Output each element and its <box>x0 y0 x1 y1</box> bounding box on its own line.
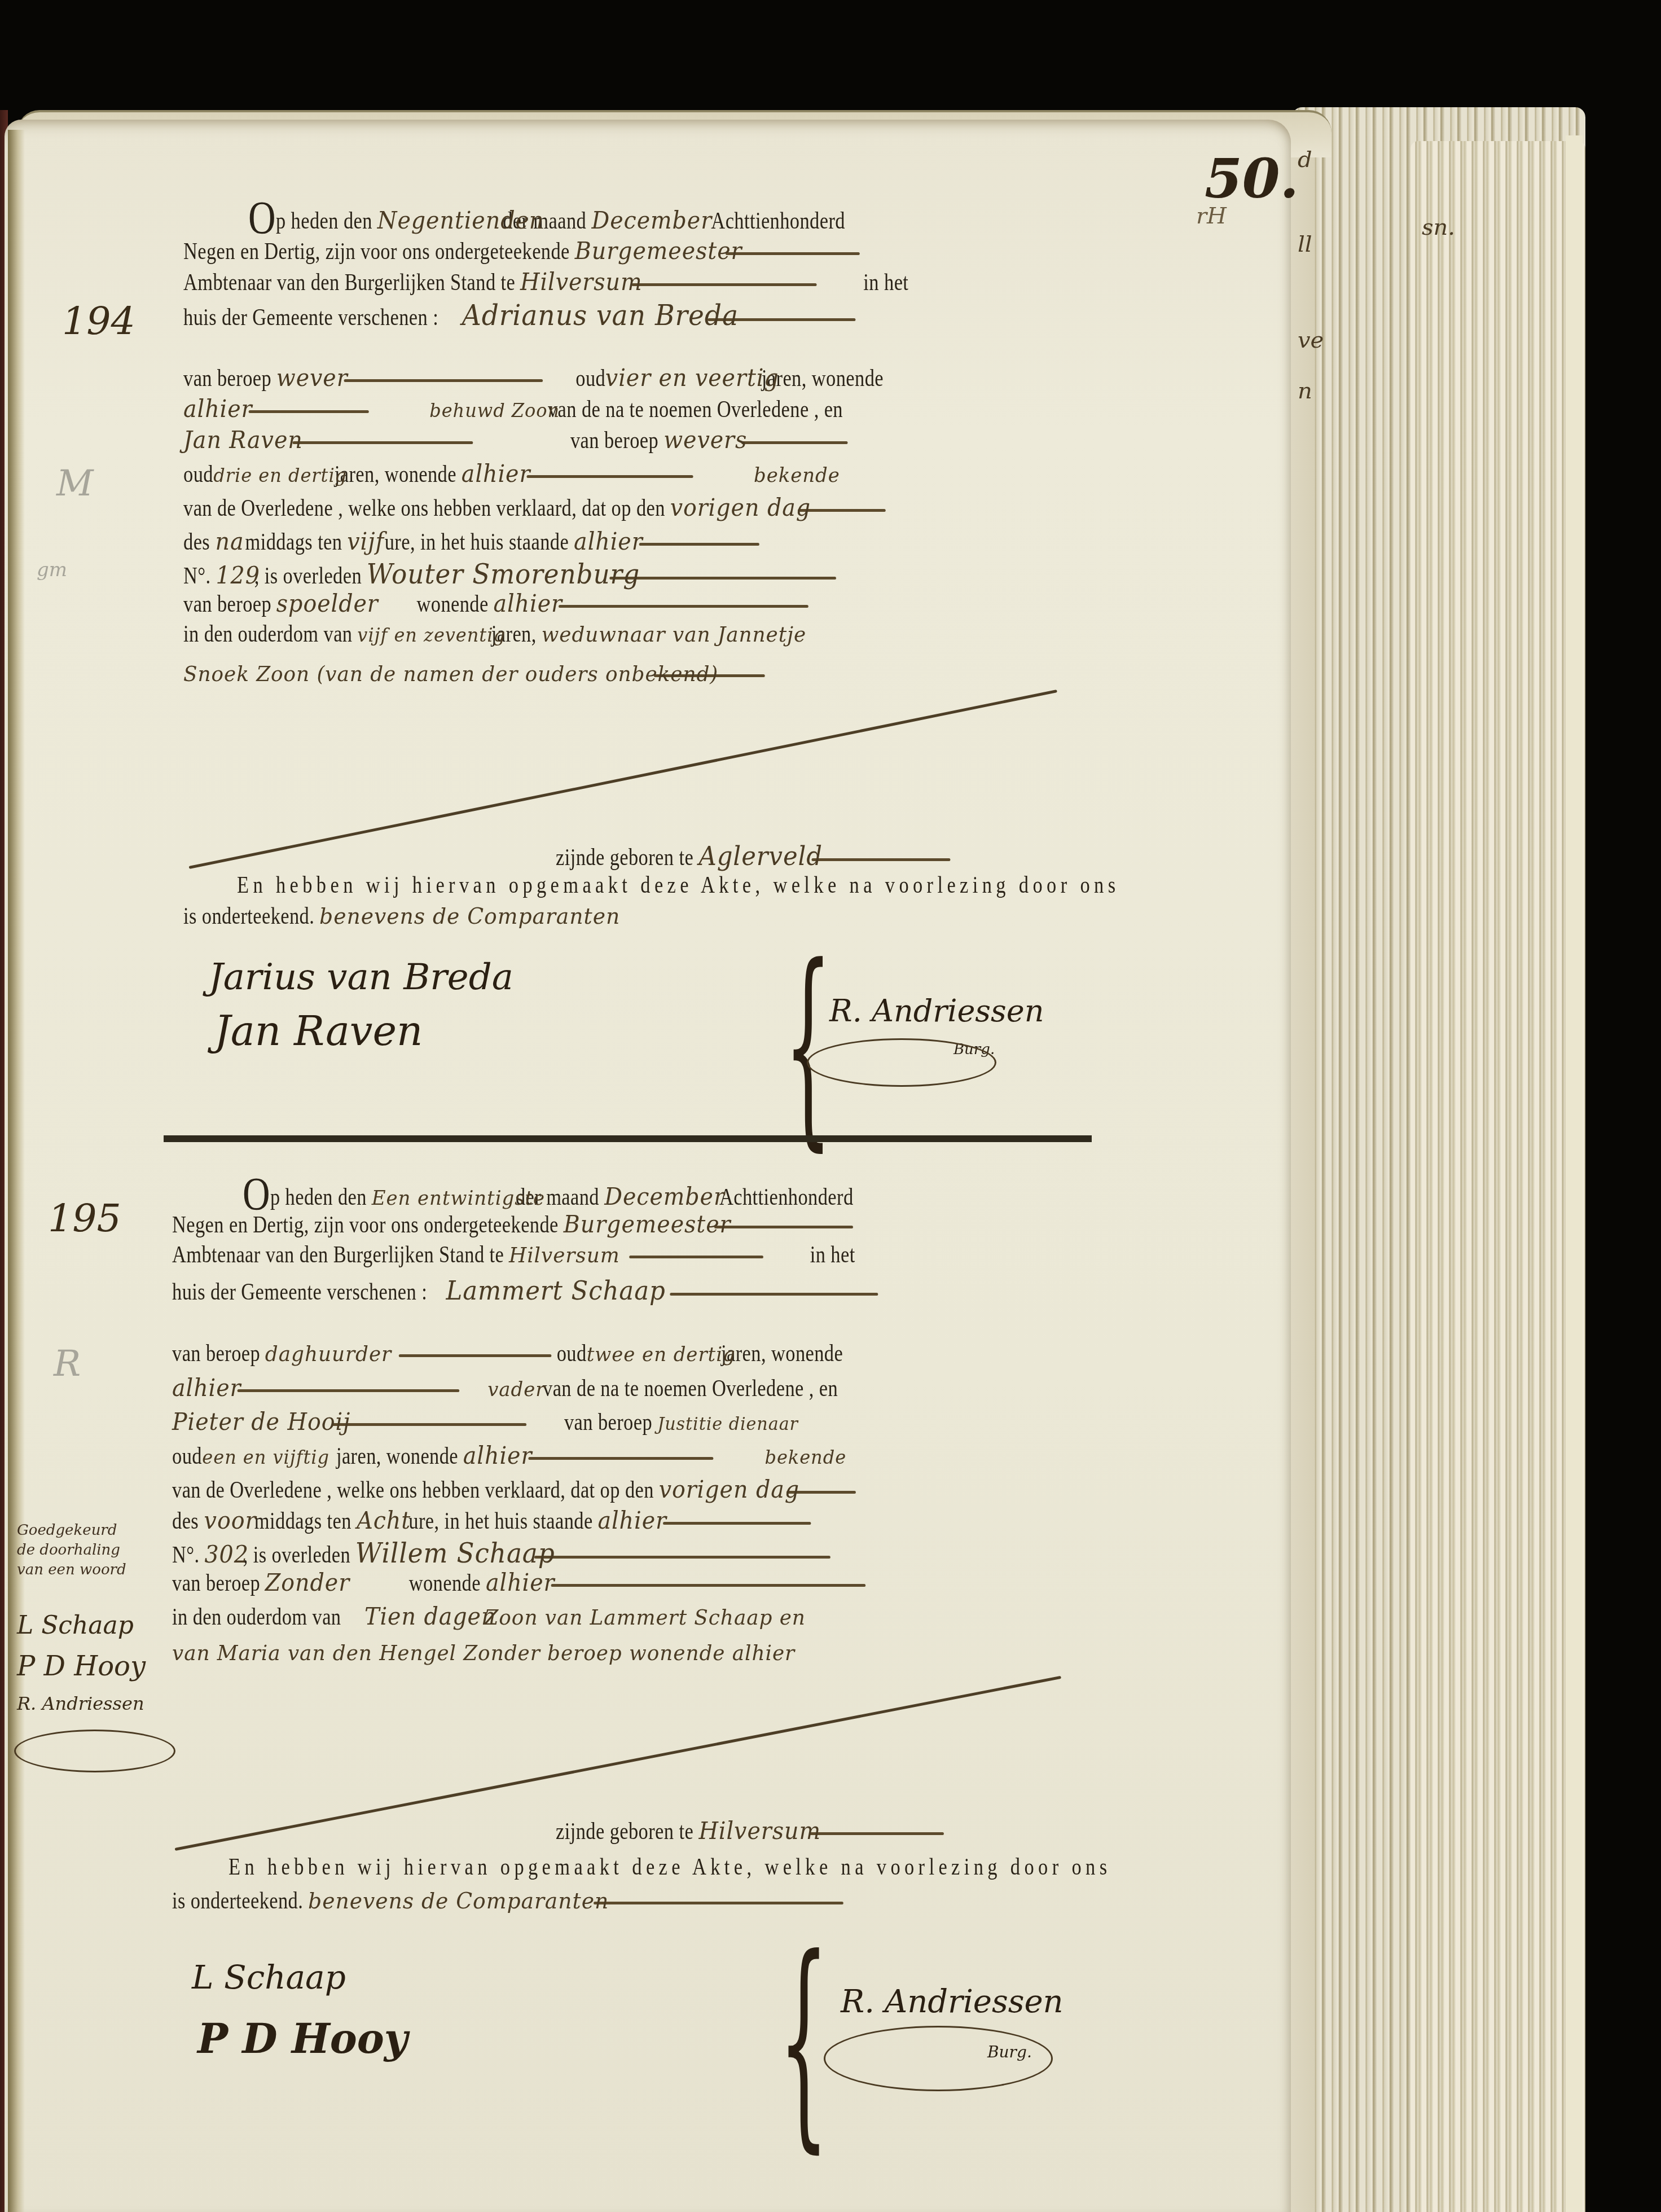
record-line-12: van beroep Zonder wonende alhier <box>172 1569 865 1597</box>
field-remarks-1: weduwnaar van Jannetje <box>542 622 807 647</box>
record-line-8: ouddrie en dertig jaren, wonende alhier … <box>183 460 829 488</box>
record-line-1: Op heden den Negentienden der maand Dece… <box>248 195 845 241</box>
field-time-of-day: voor <box>204 1507 256 1534</box>
record-line-13: in den ouderdom van vijf en zeventig jar… <box>183 621 772 648</box>
field-deceased-name: Wouter Smorenburg <box>367 559 640 590</box>
record-line-14: van Maria van den Hengel Zonder beroep w… <box>172 1639 714 1666</box>
field-hour: vijf <box>347 528 384 555</box>
signature-declarant-2: Jan Raven <box>214 1007 423 1055</box>
record-closing-2: is onderteekend. benevens de Comparanten <box>183 903 581 930</box>
field-declarant2-age: een en vijftig <box>202 1446 329 1469</box>
field-time-of-day: na <box>215 528 244 555</box>
folio-initials: rH <box>1196 203 1227 229</box>
folio-number: 50. <box>1205 147 1299 210</box>
record-line-11: N°. 129, is overleden Wouter Smorenburg <box>183 559 836 590</box>
underlying-page-handwriting: ve <box>1298 327 1324 353</box>
record-closing-1: En hebben wij hiervan opgemaakt deze Akt… <box>229 1854 1111 1881</box>
record-line-8: oudeen en vijftig jaren, wonende alhier … <box>172 1442 836 1470</box>
record-line-4: huis der Gemeente verschenen : Adrianus … <box>183 299 856 332</box>
pencil-mark: M <box>56 463 94 504</box>
record-number: 194 <box>62 299 135 344</box>
pencil-note: gm <box>37 559 67 581</box>
field-deceased-age: Tien dagen <box>364 1603 496 1630</box>
field-declarant1-occupation: daghuurder <box>265 1341 392 1366</box>
record-line-12: van beroep spoelder wonende alhier <box>183 590 808 618</box>
record-line-9: van de Overledene , welke ons hebben ver… <box>172 1476 856 1504</box>
signature-flourish <box>807 1038 996 1087</box>
field-declarant1-age: twee en dertig <box>587 1343 736 1366</box>
record-line-10: des voor middags ten Acht ure, in het hu… <box>172 1507 811 1535</box>
record-line-7: Jan Raven van beroep wevers <box>183 426 848 454</box>
pencil-mark: R <box>54 1343 81 1385</box>
field-place: Hilversum <box>509 1243 620 1267</box>
field-official-title: Burgemeester <box>564 1210 731 1238</box>
field-declarant1-relation: vader <box>487 1378 545 1401</box>
record-line-birthplace: zijnde geboren te Hilversum <box>556 1817 944 1845</box>
drop-cap: O <box>248 192 276 243</box>
field-declarant2-occupation: Justitie dienaar <box>657 1413 798 1434</box>
field-declarant2-residence: alhier <box>462 460 530 488</box>
field-date-of-death: vorigen dag <box>670 494 811 521</box>
record-closing-2: is onderteekend. benevens de Comparanten <box>172 1888 843 1915</box>
record-line-9: van de Overledene , welke ons hebben ver… <box>183 494 886 522</box>
record-line-birthplace: zijnde geboren te Aglerveld <box>556 841 950 871</box>
field-declarant2-relation: bekende <box>754 464 840 487</box>
signature-declarant-1: Jarius van Breda <box>209 956 513 998</box>
record-line-3: Ambtenaar van den Burgerlijken Stand te … <box>183 268 908 296</box>
record-line-11: N°. 302, is overleden Willem Schaap <box>172 1538 830 1569</box>
underlying-page-handwriting: n <box>1298 378 1312 404</box>
field-declarant1-name: Adrianus van Breda <box>462 299 739 332</box>
record-line-7: Pieter de Hooij van beroep Justitie dien… <box>172 1408 780 1436</box>
field-deceased-name: Willem Schaap <box>355 1538 555 1569</box>
underlying-page-handwriting: d <box>1298 147 1312 173</box>
field-remarks-2: van Maria van den Hengel Zonder beroep w… <box>172 1640 795 1665</box>
record-number: 195 <box>48 1196 121 1241</box>
record-line-4: huis der Gemeente verschenen : Lammert S… <box>172 1275 878 1306</box>
signature-declarant-1: L Schaap <box>192 1958 346 1996</box>
field-declarant1-name: Lammert Schaap <box>446 1275 666 1306</box>
field-declarant2-age: drie en dertig <box>213 464 347 487</box>
record-line-14: Snoek Zoon (van de namen der ouders onbe… <box>183 660 764 687</box>
field-deceased-residence: alhier <box>486 1569 555 1596</box>
field-declarant1-residence: alhier <box>183 395 252 423</box>
signature-brace: { <box>784 920 832 1170</box>
field-house-location: alhier <box>598 1507 667 1534</box>
record-line-2: Negen en Dertig, zijn voor ons ondergete… <box>172 1210 853 1239</box>
page-stack-edges-back <box>1410 141 1585 2212</box>
book-cover-edge <box>1566 135 1583 2212</box>
field-deceased-occupation: Zonder <box>265 1569 350 1596</box>
field-declarant1-occupation: wever <box>276 364 348 392</box>
field-month: December <box>591 207 724 234</box>
margin-signature-1: L Schaap <box>17 1611 134 1640</box>
field-month: December <box>604 1183 732 1210</box>
field-house-number: 129 <box>216 561 260 589</box>
field-house-number: 302 <box>205 1540 249 1568</box>
field-birthplace: Aglerveld <box>698 841 823 871</box>
field-declarant1-age: vier en veertig <box>605 364 779 392</box>
signature-official: R. Andriessen <box>829 993 1044 1029</box>
signature-brace: { <box>779 1910 829 2172</box>
margin-signature-flourish <box>14 1730 175 1772</box>
field-remarks-2: Snoek Zoon (van de namen der ouders onbe… <box>183 661 718 686</box>
record-line-2: Negen en Dertig, zijn voor ons ondergete… <box>183 237 860 265</box>
record-line-5: van beroep daghuurder oudtwee en dertig … <box>172 1340 843 1367</box>
record-line-6: alhier behuwd Zoon van de na te noemen O… <box>183 395 843 423</box>
field-date-of-death: vorigen dag <box>659 1476 799 1503</box>
field-signing-note: benevens de Comparanten <box>319 903 620 929</box>
field-deceased-age: vijf en zeventig <box>358 624 506 647</box>
margin-signature-2: P D Hooy <box>17 1651 146 1682</box>
record-line-10: des na middags ten vijf ure, in het huis… <box>183 528 759 556</box>
field-day: Een entwintigste <box>372 1187 531 1210</box>
signature-flourish <box>824 2026 1053 2091</box>
field-signing-note: benevens de Comparanten <box>308 1888 609 1914</box>
record-line-5: van beroep wever oudvier en veertig jare… <box>183 364 884 392</box>
field-declarant1-relation: behuwd Zoon <box>429 400 560 422</box>
record-line-3: Ambtenaar van den Burgerlijken Stand te … <box>172 1241 855 1269</box>
field-remarks-1: Zoon van Lammert Schaap en <box>484 1605 805 1630</box>
margin-signature-3: R. Andriessen <box>17 1693 144 1714</box>
record-line-13: in den ouderdom van Tien dagen Zoon van … <box>172 1603 763 1631</box>
field-official-title: Burgemeester <box>575 237 742 265</box>
record-divider <box>164 1135 1092 1142</box>
record-closing-1: En hebben wij hiervan opgemaakt deze Akt… <box>237 872 1119 899</box>
field-hour: Acht <box>357 1507 411 1534</box>
field-declarant1-residence: alhier <box>172 1374 241 1402</box>
margin-approval-note: Goedgekeurd de doorhaling van een woord <box>17 1521 126 1580</box>
field-declarant2-name: Pieter de Hooij <box>172 1408 350 1436</box>
field-deceased-occupation: spoelder <box>276 590 379 617</box>
field-declarant2-relation: bekende <box>765 1446 847 1469</box>
gutter-shadow <box>8 130 25 2212</box>
field-declarant2-occupation: wevers <box>663 426 747 454</box>
signature-official: R. Andriessen <box>841 1983 1064 2020</box>
record-line-6: alhier vader van de na te noemen Overled… <box>172 1374 838 1402</box>
field-day: Negentienden <box>377 207 516 234</box>
field-place: Hilversum <box>520 268 643 296</box>
field-deceased-residence: alhier <box>494 590 563 617</box>
underlying-page-handwriting: ll <box>1298 231 1312 257</box>
field-birthplace: Hilversum <box>698 1817 821 1845</box>
signature-declarant-2: P D Hooy <box>197 2014 408 2062</box>
field-declarant2-name: Jan Raven <box>183 426 303 454</box>
underlying-page-handwriting: sn. <box>1422 214 1455 240</box>
field-house-location: alhier <box>574 528 643 555</box>
field-declarant2-residence: alhier <box>463 1442 532 1469</box>
